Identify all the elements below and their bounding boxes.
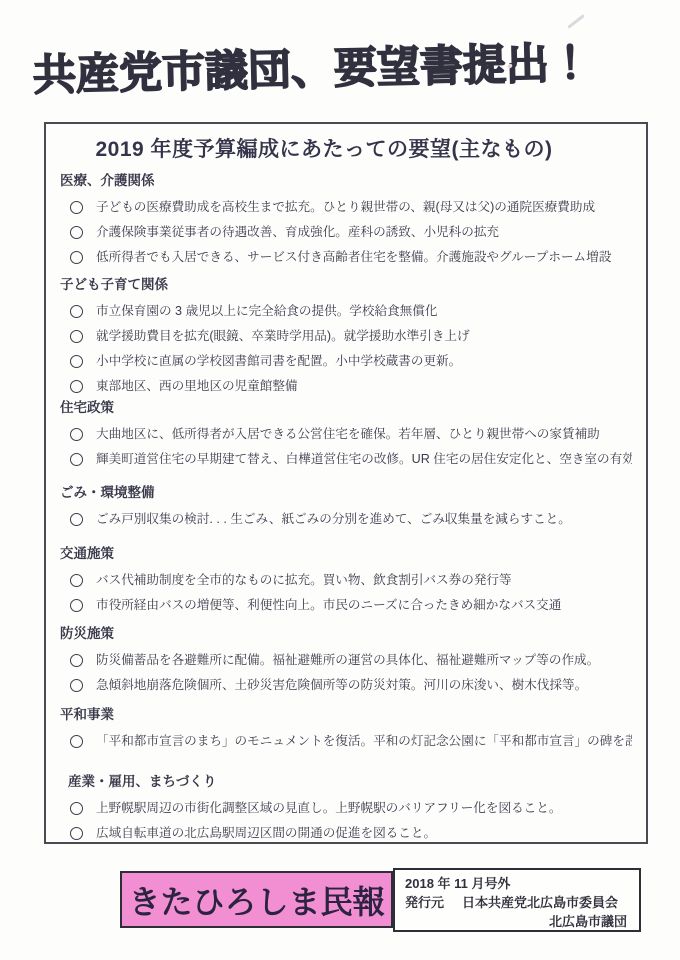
request-item-text: 防災備蓄品を各避難所に配備。福祉避難所の運営の具体化、福祉避難所マップ等の作成。 bbox=[96, 648, 599, 673]
circle-bullet-icon bbox=[70, 574, 83, 587]
circle-bullet-icon bbox=[70, 330, 83, 343]
newsletter-page: 共産党市議団、要望書提出！ 2019 年度予算編成にあたっての要望(主なもの) … bbox=[0, 0, 680, 960]
request-item-text: 子どもの医療費助成を高校生まで拡充。ひとり親世帯の、親(母又は父)の通院医療費助… bbox=[96, 195, 595, 220]
scan-artifact bbox=[567, 14, 585, 29]
request-item-text: 市立保育園の 3 歳児以上に完全給食の提供。学校給食無償化 bbox=[96, 299, 437, 324]
circle-bullet-icon bbox=[70, 735, 83, 748]
request-item: 広域自転車道の北広島駅周辺区間の開通の促進を図ること。 bbox=[70, 821, 632, 846]
requests-list: 医療、介護関係 子どもの医療費助成を高校生まで拡充。ひとり親世帯の、親(母又は父… bbox=[60, 172, 632, 846]
request-section: 子ども子育て関係 市立保育園の 3 歳児以上に完全給食の提供。学校給食無償化 就… bbox=[60, 276, 632, 399]
circle-bullet-icon bbox=[70, 827, 83, 840]
request-item: 小中学校に直属の学校図書館司書を配置。小中学校蔵書の更新。 bbox=[70, 349, 632, 374]
section-items: 市立保育園の 3 歳児以上に完全給食の提供。学校給食無償化 就学援助費目を拡充(… bbox=[60, 299, 632, 399]
request-item-text: 市役所経由バスの増便等、利便性向上。市民のニーズに合ったきめ細かなバス交通 bbox=[96, 593, 561, 618]
request-box: 2019 年度予算編成にあたっての要望(主なもの) 医療、介護関係 子どもの医療… bbox=[44, 122, 648, 844]
request-item: 市立保育園の 3 歳児以上に完全給食の提供。学校給食無償化 bbox=[70, 299, 632, 324]
circle-bullet-icon bbox=[70, 226, 83, 239]
request-item: バス代補助制度を全市的なものに拡充。買い物、飲食割引バス券の発行等 bbox=[70, 568, 632, 593]
request-item-text: 介護保険事業従事者の待遇改善、育成強化。産科の誘致、小児科の拡充 bbox=[96, 220, 499, 245]
section-items: 上野幌駅周辺の市街化調整区域の見直し。上野幌駅のバリアフリー化を図ること。 広域… bbox=[60, 796, 632, 846]
circle-bullet-icon bbox=[70, 380, 83, 393]
request-item: 低所得者でも入居できる、サービス付き高齢者住宅を整備。介護施設やグループホーム増… bbox=[70, 245, 632, 270]
request-item: ごみ戸別収集の検討. . . 生ごみ、紙ごみの分別を進めて、ごみ収集量を減らすこ… bbox=[70, 507, 632, 532]
request-item-text: 輝美町道営住宅の早期建て替え、白樺道営住宅の改修。UR 住宅の居住安定化と、空き… bbox=[96, 447, 632, 472]
publisher-label: 発行元 bbox=[405, 895, 444, 910]
request-item: 介護保険事業従事者の待遇改善、育成強化。産科の誘致、小児科の拡充 bbox=[70, 220, 632, 245]
request-item-text: バス代補助制度を全市的なものに拡充。買い物、飲食割引バス券の発行等 bbox=[96, 568, 512, 593]
request-item: 輝美町道営住宅の早期建て替え、白樺道営住宅の改修。UR 住宅の居住安定化と、空き… bbox=[70, 447, 632, 472]
request-item: 市役所経由バスの増便等、利便性向上。市民のニーズに合ったきめ細かなバス交通 bbox=[70, 593, 632, 618]
request-section: 住宅政策 大曲地区に、低所得者が入居できる公営住宅を確保。若年層、ひとり親世帯へ… bbox=[60, 399, 632, 472]
publisher-secondary: 北広島市議団 bbox=[405, 912, 631, 931]
circle-bullet-icon bbox=[70, 453, 83, 466]
request-item-text: 低所得者でも入居できる、サービス付き高齢者住宅を整備。介護施設やグループホーム増… bbox=[96, 245, 611, 270]
request-section: 交通施策 バス代補助制度を全市的なものに拡充。買い物、飲食割引バス券の発行等 市… bbox=[60, 545, 632, 618]
circle-bullet-icon bbox=[70, 305, 83, 318]
request-item-text: 東部地区、西の里地区の児童館整備 bbox=[96, 374, 298, 399]
request-item: 子どもの医療費助成を高校生まで拡充。ひとり親世帯の、親(母又は父)の通院医療費助… bbox=[70, 195, 632, 220]
circle-bullet-icon bbox=[70, 428, 83, 441]
section-items: 大曲地区に、低所得者が入居できる公営住宅を確保。若年層、ひとり親世帯への家賃補助… bbox=[60, 422, 632, 472]
section-items: 子どもの医療費助成を高校生まで拡充。ひとり親世帯の、親(母又は父)の通院医療費助… bbox=[60, 195, 632, 270]
publication-info-box: 2018 年 11 月号外 発行元日本共産党北広島市委員会 北広島市議団 bbox=[393, 868, 641, 932]
section-title: 産業・雇用、まちづくり bbox=[60, 773, 632, 791]
request-item: 「平和都市宣言のまち」のモニュメントを復活。平和の灯記念公園に「平和都市宣言」の… bbox=[70, 729, 632, 754]
request-item: 就学援助費目を拡充(眼鏡、卒業時学用品)。就学援助水準引き上げ bbox=[70, 324, 632, 349]
section-title: 防災施策 bbox=[60, 625, 632, 643]
circle-bullet-icon bbox=[70, 201, 83, 214]
request-item-text: 上野幌駅周辺の市街化調整区域の見直し。上野幌駅のバリアフリー化を図ること。 bbox=[96, 796, 561, 821]
section-title: 子ども子育て関係 bbox=[60, 276, 632, 294]
publisher-line: 発行元日本共産党北広島市委員会 bbox=[405, 893, 631, 912]
issue-date: 2018 年 11 月号外 bbox=[405, 874, 631, 893]
request-item: 上野幌駅周辺の市街化調整区域の見直し。上野幌駅のバリアフリー化を図ること。 bbox=[70, 796, 632, 821]
section-title: 住宅政策 bbox=[60, 399, 632, 417]
circle-bullet-icon bbox=[70, 802, 83, 815]
request-item: 防災備蓄品を各避難所に配備。福祉避難所の運営の具体化、福祉避難所マップ等の作成。 bbox=[70, 648, 632, 673]
request-item: 東部地区、西の里地区の児童館整備 bbox=[70, 374, 632, 399]
request-section: ごみ・環境整備 ごみ戸別収集の検討. . . 生ごみ、紙ごみの分別を進めて、ごみ… bbox=[60, 484, 632, 532]
request-item-text: 広域自転車道の北広島駅周辺区間の開通の促進を図ること。 bbox=[96, 821, 436, 846]
circle-bullet-icon bbox=[70, 513, 83, 526]
request-section: 防災施策 防災備蓄品を各避難所に配備。福祉避難所の運営の具体化、福祉避難所マップ… bbox=[60, 625, 632, 698]
request-item-text: 就学援助費目を拡充(眼鏡、卒業時学用品)。就学援助水準引き上げ bbox=[96, 324, 470, 349]
section-title: 医療、介護関係 bbox=[60, 172, 632, 190]
request-section: 産業・雇用、まちづくり 上野幌駅周辺の市街化調整区域の見直し。上野幌駅のバリアフ… bbox=[60, 773, 632, 846]
request-item: 大曲地区に、低所得者が入居できる公営住宅を確保。若年層、ひとり親世帯への家賃補助 bbox=[70, 422, 632, 447]
request-item: 急傾斜地崩落危険個所、土砂災害危険個所等の防災対策。河川の床浚い、樹木伐採等。 bbox=[70, 673, 632, 698]
circle-bullet-icon bbox=[70, 679, 83, 692]
section-items: ごみ戸別収集の検討. . . 生ごみ、紙ごみの分別を進めて、ごみ収集量を減らすこ… bbox=[60, 507, 632, 532]
request-item-text: ごみ戸別収集の検討. . . 生ごみ、紙ごみの分別を進めて、ごみ収集量を減らすこ… bbox=[96, 507, 571, 532]
request-item-text: 急傾斜地崩落危険個所、土砂災害危険個所等の防災対策。河川の床浚い、樹木伐採等。 bbox=[96, 673, 587, 698]
section-items: 防災備蓄品を各避難所に配備。福祉避難所の運営の具体化、福祉避難所マップ等の作成。… bbox=[60, 648, 632, 698]
circle-bullet-icon bbox=[70, 654, 83, 667]
section-title: ごみ・環境整備 bbox=[60, 484, 632, 502]
request-section: 平和事業 「平和都市宣言のまち」のモニュメントを復活。平和の灯記念公園に「平和都… bbox=[60, 706, 632, 754]
request-section: 医療、介護関係 子どもの医療費助成を高校生まで拡充。ひとり親世帯の、親(母又は父… bbox=[60, 172, 632, 270]
section-items: 「平和都市宣言のまち」のモニュメントを復活。平和の灯記念公園に「平和都市宣言」の… bbox=[60, 729, 632, 754]
section-title: 平和事業 bbox=[60, 706, 632, 724]
request-item-text: 「平和都市宣言のまち」のモニュメントを復活。平和の灯記念公園に「平和都市宣言」の… bbox=[96, 729, 632, 754]
newsletter-masthead: きたひろしま民報 bbox=[120, 871, 393, 928]
circle-bullet-icon bbox=[70, 355, 83, 368]
request-item-text: 大曲地区に、低所得者が入居できる公営住宅を確保。若年層、ひとり親世帯への家賃補助 bbox=[96, 422, 600, 447]
circle-bullet-icon bbox=[70, 599, 83, 612]
circle-bullet-icon bbox=[70, 251, 83, 264]
section-title: 交通施策 bbox=[60, 545, 632, 563]
publisher-name: 日本共産党北広島市委員会 bbox=[462, 895, 618, 910]
section-items: バス代補助制度を全市的なものに拡充。買い物、飲食割引バス券の発行等 市役所経由バ… bbox=[60, 568, 632, 618]
request-item-text: 小中学校に直属の学校図書館司書を配置。小中学校蔵書の更新。 bbox=[96, 349, 461, 374]
request-box-heading: 2019 年度予算編成にあたっての要望(主なもの) bbox=[60, 135, 632, 164]
